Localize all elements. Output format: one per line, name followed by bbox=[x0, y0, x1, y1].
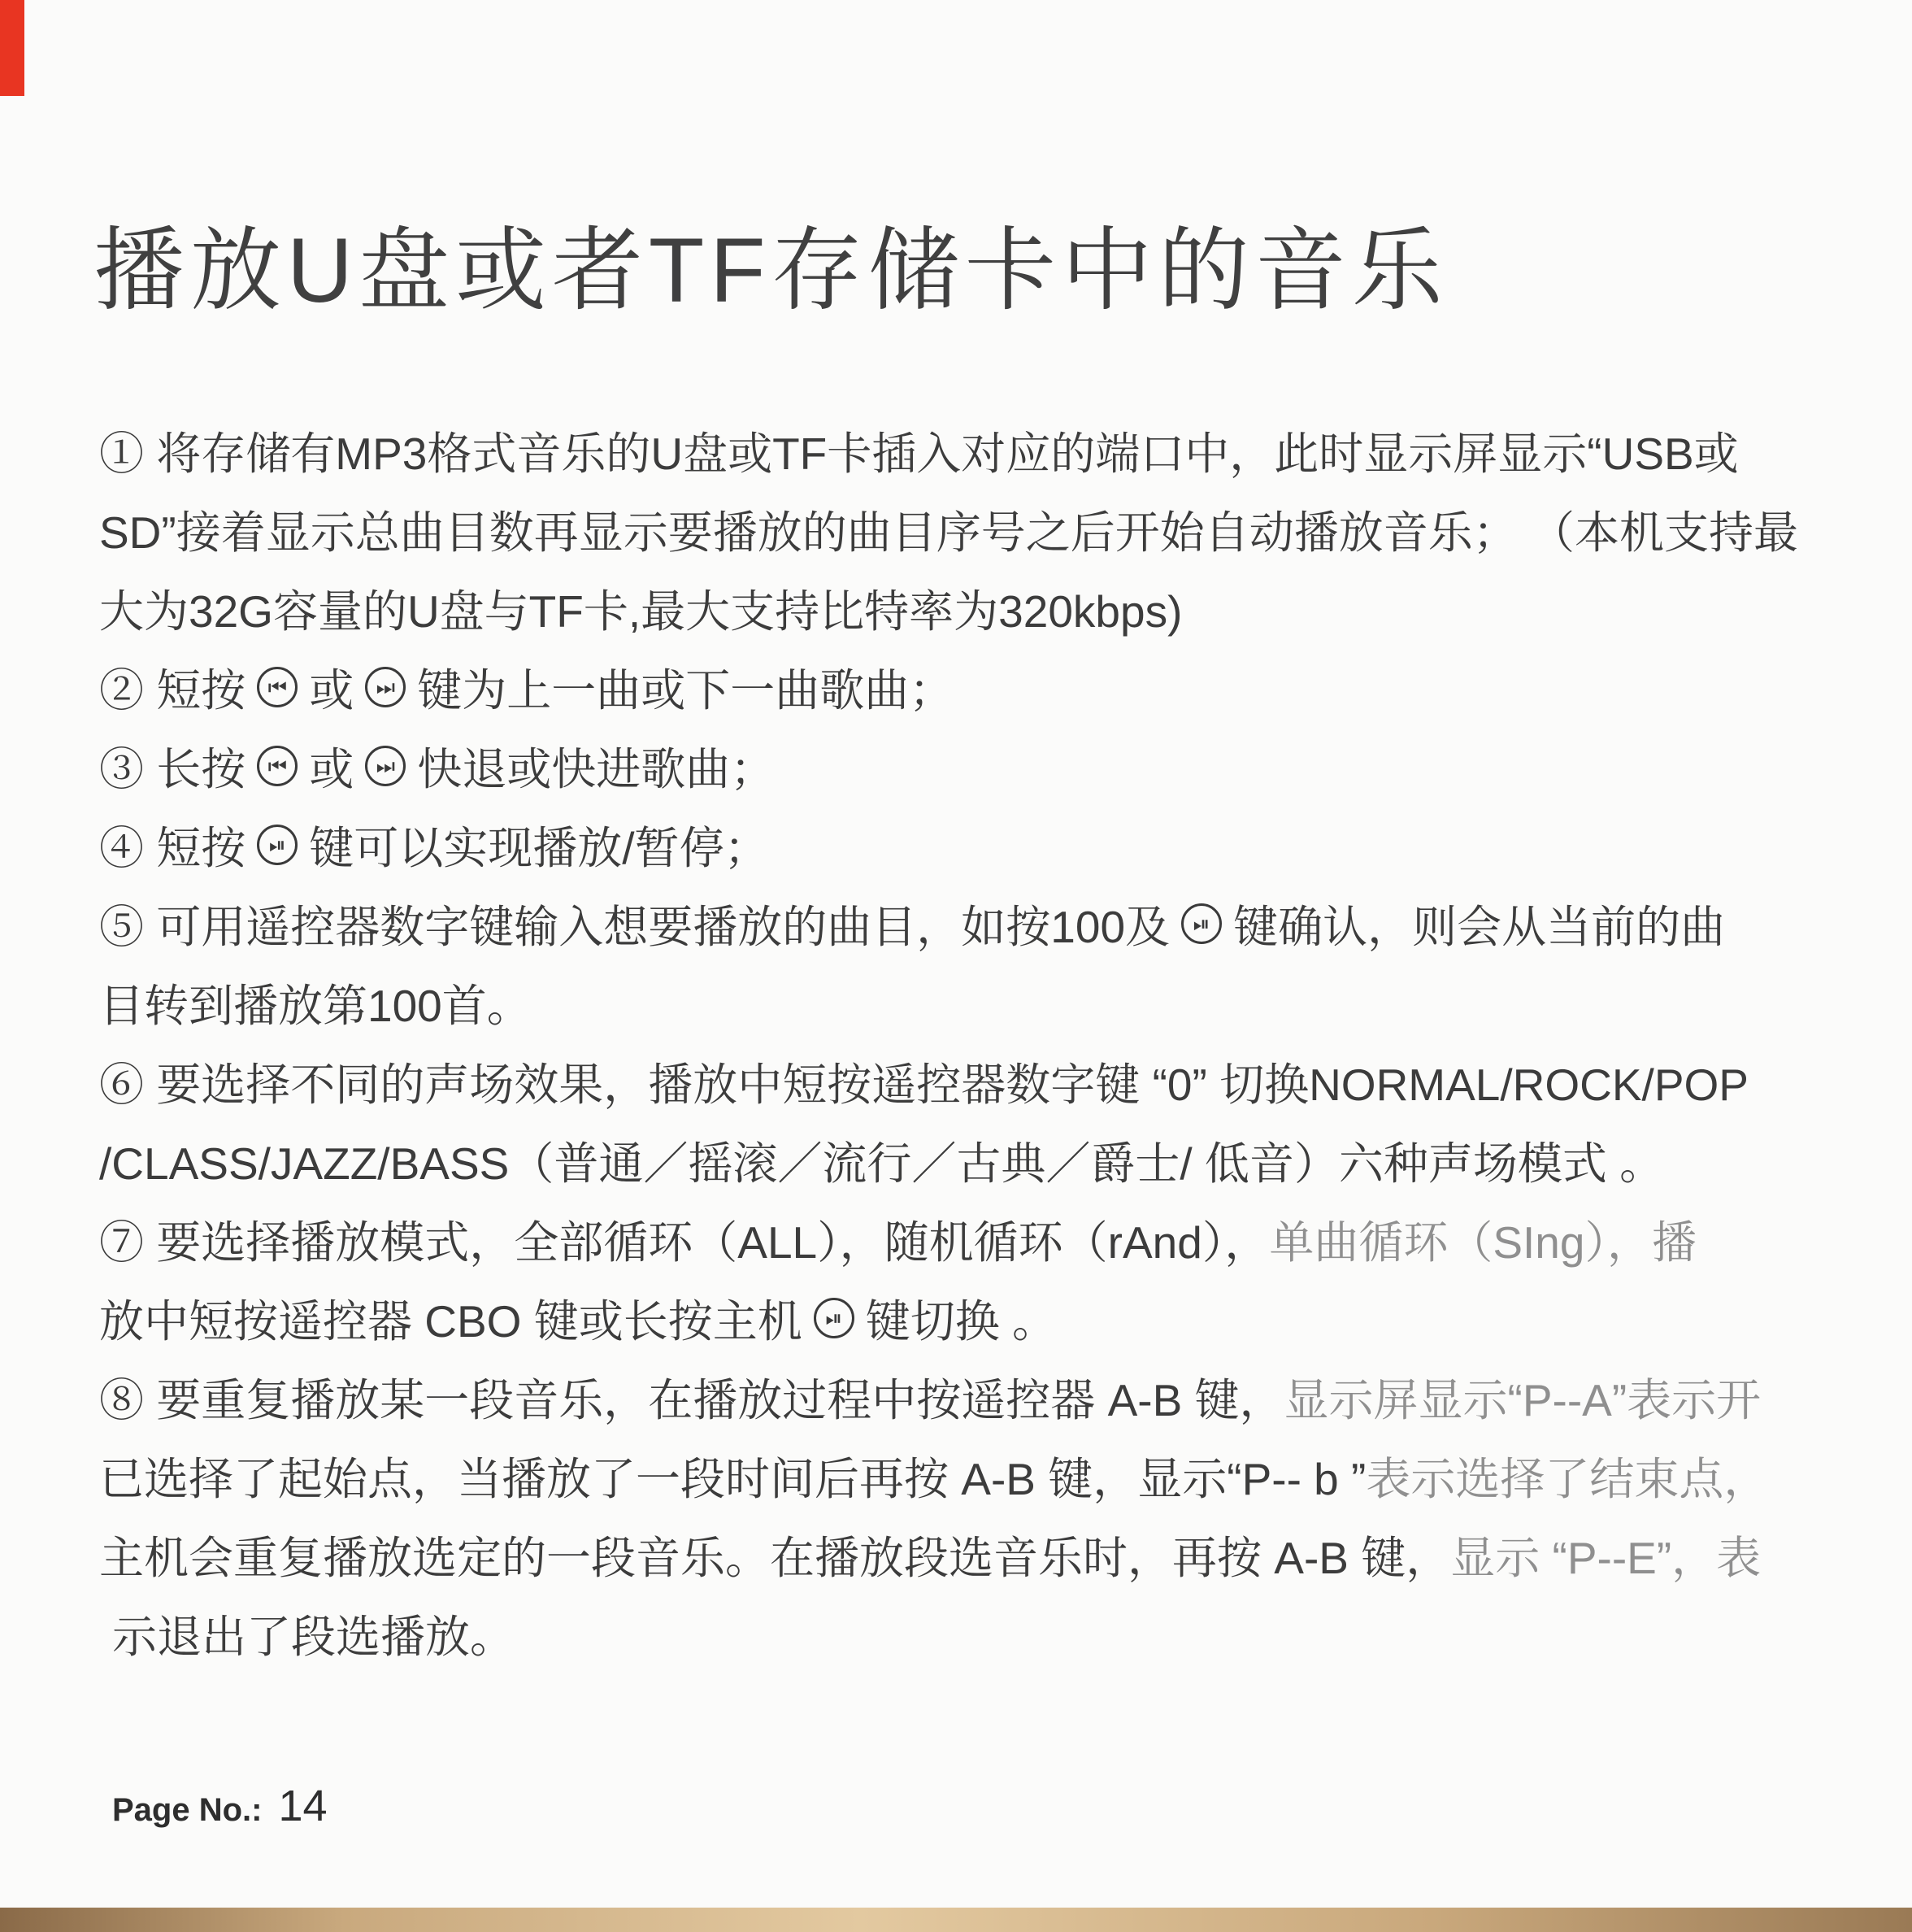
scan-artifact-bottom-strip bbox=[0, 1908, 1912, 1932]
line-text: ⑦ 要选择播放模式，全部循环（ALL），随机循环（rAnd）， bbox=[99, 1207, 1269, 1271]
previous-track-icon: ⏮ bbox=[257, 746, 298, 786]
instruction-line-2: SD”接着显示总曲目数再显示要播放的曲目序号之后开始自动播放音乐； （本机支持最 bbox=[99, 490, 1879, 568]
instruction-line-9: ⑥ 要选择不同的声场效果，播放中短按遥控器数字键 “0” 切换NORMAL/RO… bbox=[99, 1042, 1879, 1120]
line-text: ④ 短按 bbox=[99, 812, 246, 877]
line-text: 或 bbox=[309, 655, 354, 719]
line-text: SD”接着显示总曲目数再显示要播放的曲目序号之后开始自动播放音乐； （本机支持最 bbox=[99, 497, 1798, 561]
line-text: 键为上一曲或下一曲歌曲； bbox=[417, 655, 954, 719]
page-title: 播放U盘或者TF存储卡中的音乐 bbox=[93, 198, 1449, 329]
instruction-line-13: ⑧ 要重复播放某一段音乐，在播放过程中按遥控器 A-B 键， 显示屏显示“P--… bbox=[99, 1357, 1879, 1436]
line-text: /CLASS/JAZZ/BASS（普通／摇滚／流行／古典／爵士/ 低音）六种声场… bbox=[99, 1128, 1664, 1192]
play-pause-icon: ⏯ bbox=[257, 825, 298, 865]
instruction-line-14: 已选择了起始点，当播放了一段时间后再按 A-B 键，显示“P-- b ” 表示选… bbox=[99, 1436, 1879, 1515]
play-pause-icon: ⏯ bbox=[1181, 903, 1222, 944]
line-text: 键切换 。 bbox=[866, 1286, 1057, 1350]
scan-artifact-red-mark bbox=[0, 0, 24, 96]
page-number-label: Page No.: bbox=[112, 1792, 262, 1829]
line-text: 或 bbox=[309, 733, 354, 798]
line-text-faded: 显示 “P--E”，表 bbox=[1450, 1522, 1761, 1586]
instruction-line-5: ③ 长按 ⏮ 或 ⏭ 快退或快进歌曲； bbox=[99, 726, 1879, 805]
instruction-line-16: 示退出了段选播放。 bbox=[99, 1594, 1879, 1673]
previous-track-icon: ⏮ bbox=[257, 667, 298, 707]
line-text: 放中短按遥控器 CBO 键或长按主机 bbox=[99, 1286, 802, 1350]
line-text: ⑧ 要重复播放某一段音乐，在播放过程中按遥控器 A-B 键， bbox=[99, 1364, 1284, 1429]
instruction-line-11: ⑦ 要选择播放模式，全部循环（ALL），随机循环（rAnd）， 单曲循环（SIn… bbox=[99, 1199, 1879, 1278]
page-number-value: 14 bbox=[278, 1781, 327, 1831]
next-track-icon: ⏭ bbox=[365, 667, 406, 707]
instruction-line-8: 目转到播放第100首。 bbox=[99, 963, 1879, 1042]
line-text: ③ 长按 bbox=[99, 733, 246, 798]
instruction-line-12: 放中短按遥控器 CBO 键或长按主机 ⏯ 键切换 。 bbox=[99, 1278, 1879, 1357]
next-track-icon: ⏭ bbox=[365, 746, 406, 786]
line-text: 大为32G容量的U盘与TF卡,最大支持比特率为320kbps) bbox=[99, 576, 1182, 640]
line-text: ① 将存储有MP3格式音乐的U盘或TF卡插入对应的端口中，此时显示屏显示“USB… bbox=[99, 418, 1739, 482]
line-text: 快退或快进歌曲； bbox=[417, 733, 775, 798]
line-text: ⑥ 要选择不同的声场效果，播放中短按遥控器数字键 “0” 切换NORMAL/RO… bbox=[99, 1049, 1749, 1113]
line-text: 键确认，则会从当前的曲 bbox=[1233, 891, 1725, 955]
line-text: 目转到播放第100首。 bbox=[99, 970, 532, 1034]
instruction-line-1: ① 将存储有MP3格式音乐的U盘或TF卡插入对应的端口中，此时显示屏显示“USB… bbox=[99, 411, 1879, 490]
instruction-line-10: /CLASS/JAZZ/BASS（普通／摇滚／流行／古典／爵士/ 低音）六种声场… bbox=[99, 1120, 1879, 1199]
instruction-line-6: ④ 短按 ⏯ 键可以实现播放/暂停； bbox=[99, 805, 1879, 884]
instruction-line-15: 主机会重复播放选定的一段音乐。在播放段选音乐时，再按 A-B 键， 显示 “P-… bbox=[99, 1515, 1879, 1594]
instruction-line-7: ⑤ 可用遥控器数字键输入想要播放的曲目，如按100及 ⏯ 键确认，则会从当前的曲 bbox=[99, 884, 1879, 963]
instruction-line-3: 大为32G容量的U盘与TF卡,最大支持比特率为320kbps) bbox=[99, 568, 1879, 647]
line-text: 键可以实现播放/暂停； bbox=[309, 812, 768, 877]
line-text: ② 短按 bbox=[99, 655, 246, 719]
instruction-line-4: ② 短按 ⏮ 或 ⏭ 键为上一曲或下一曲歌曲； bbox=[99, 647, 1879, 726]
instructions-body: ① 将存储有MP3格式音乐的U盘或TF卡插入对应的端口中，此时显示屏显示“USB… bbox=[99, 411, 1879, 1673]
line-text: 主机会重复播放选定的一段音乐。在播放段选音乐时，再按 A-B 键， bbox=[99, 1522, 1450, 1586]
line-text: 已选择了起始点，当播放了一段时间后再按 A-B 键，显示“P-- b ” bbox=[99, 1443, 1366, 1508]
line-text: ⑤ 可用遥控器数字键输入想要播放的曲目，如按100及 bbox=[99, 891, 1170, 955]
line-text-faded: 表示选择了结束点， bbox=[1366, 1443, 1768, 1508]
line-text: 示退出了段选播放。 bbox=[112, 1601, 515, 1665]
line-text-faded: 显示屏显示“P--A”表示开 bbox=[1284, 1364, 1762, 1429]
play-pause-icon: ⏯ bbox=[814, 1298, 854, 1338]
page-footer: Page No.: 14 bbox=[112, 1781, 328, 1831]
line-text-faded: 单曲循环（SIng），播 bbox=[1269, 1207, 1697, 1271]
